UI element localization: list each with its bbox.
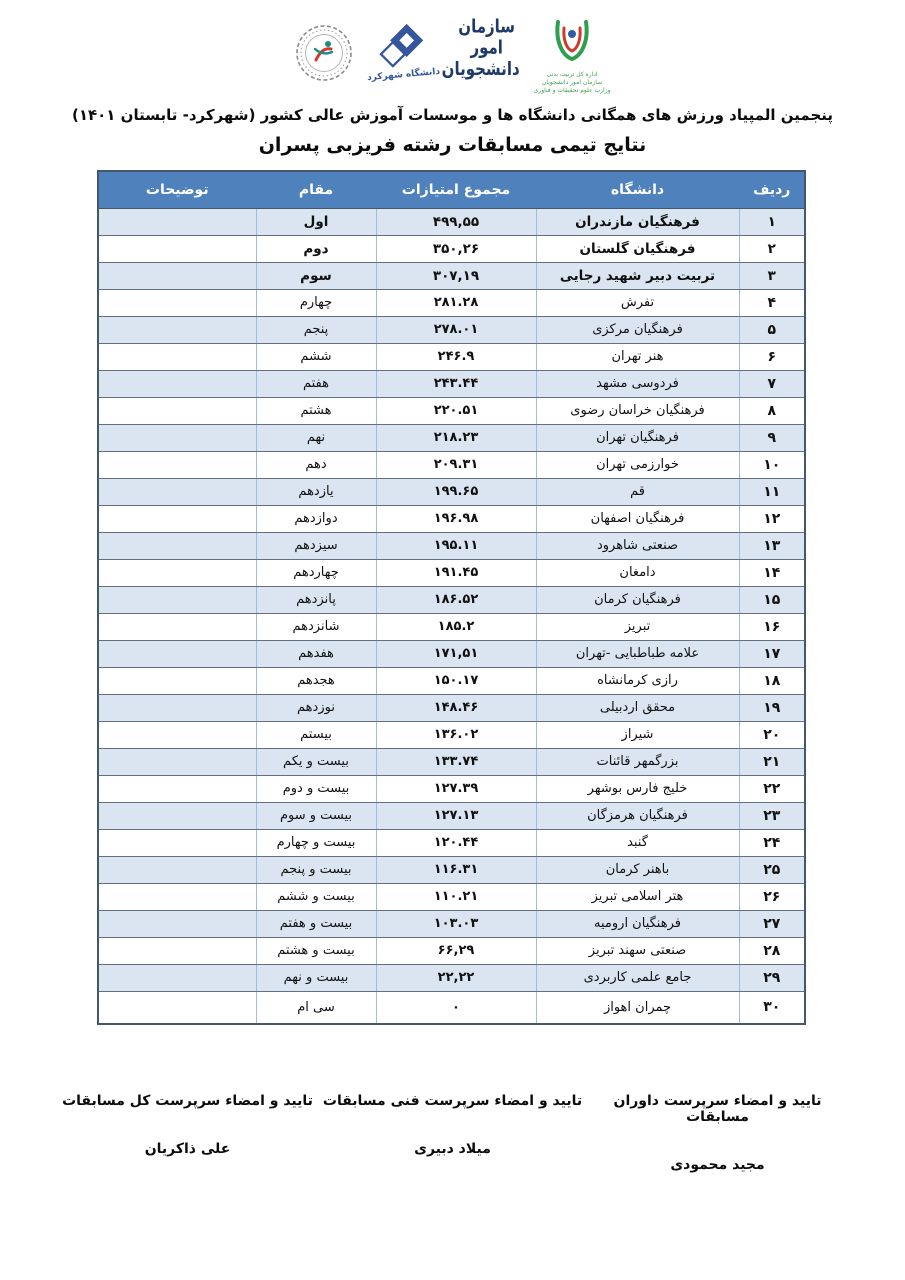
- position-cell: بیست و یکم: [256, 748, 376, 775]
- table-row: ۲۳فرهنگیان هرمزگان۱۲۷.۱۳بیست و سوم: [98, 802, 805, 829]
- row-number-cell: ۵: [739, 316, 805, 343]
- col-header-notes: توضیحات: [98, 171, 256, 208]
- position-cell: بیست و هفتم: [256, 910, 376, 937]
- notes-cell: [98, 505, 256, 532]
- table-row: ۱۳صنعتی شاهرود۱۹۵.۱۱سیزدهم: [98, 532, 805, 559]
- table-row: ۱۷علامه طباطبایی -تهران۱۷۱,۵۱هفدهم: [98, 640, 805, 667]
- notes-cell: [98, 991, 256, 1024]
- notes-cell: [98, 640, 256, 667]
- table-row: ۶هنر تهران۲۴۶.۹ششم: [98, 343, 805, 370]
- notes-cell: [98, 208, 256, 235]
- diamond-logo-icon: [375, 22, 431, 68]
- notes-cell: [98, 694, 256, 721]
- results-table-wrap: ردیف دانشگاه مجموع امتیازات مقام توضیحات…: [97, 170, 806, 1025]
- notes-cell: [98, 532, 256, 559]
- position-cell: بیست و هشتم: [256, 937, 376, 964]
- notes-cell: [98, 586, 256, 613]
- ministry-logo-caption: اداره کل تربیت بدنی سازمان امور دانشجویا…: [534, 71, 611, 95]
- ministry-logo-caption-line: اداره کل تربیت بدنی: [534, 71, 611, 79]
- col-header-university: دانشگاه: [536, 171, 739, 208]
- results-table: ردیف دانشگاه مجموع امتیازات مقام توضیحات…: [97, 170, 806, 1025]
- university-cell: فرهنگیان گلستان: [536, 235, 739, 262]
- score-cell: ۲۰۹.۳۱: [376, 451, 536, 478]
- table-row: ۲۷فرهنگیان ارومیه۱۰۳.۰۳بیست و هفتم: [98, 910, 805, 937]
- row-number-cell: ۲۸: [739, 937, 805, 964]
- row-number-cell: ۱۷: [739, 640, 805, 667]
- signature-block-technical-supervisor: تایید و امضاء سرپرست فنی مسابقات میلاد د…: [320, 1093, 585, 1173]
- score-cell: ۲۲۰.۵۱: [376, 397, 536, 424]
- table-header-row: ردیف دانشگاه مجموع امتیازات مقام توضیحات: [98, 171, 805, 208]
- score-cell: ۲۷۸.۰۱: [376, 316, 536, 343]
- row-number-cell: ۱۹: [739, 694, 805, 721]
- position-cell: سوم: [256, 262, 376, 289]
- ministry-logo-caption-line: وزارت علوم تحقیقات و فناوری: [534, 87, 611, 95]
- notes-cell: [98, 937, 256, 964]
- table-row: ۲فرهنگیان گلستان۳۵۰,۲۶دوم: [98, 235, 805, 262]
- col-header-position: مقام: [256, 171, 376, 208]
- university-cell: بزرگمهر قائنات: [536, 748, 739, 775]
- university-cell: هتر اسلامی تبریز: [536, 883, 739, 910]
- notes-cell: [98, 235, 256, 262]
- notes-cell: [98, 910, 256, 937]
- score-cell: ۱۱۶.۳۱: [376, 856, 536, 883]
- table-row: ۱۸رازی کرمانشاه۱۵۰.۱۷هجدهم: [98, 667, 805, 694]
- table-row: ۲۰شیراز۱۳۶.۰۲بیستم: [98, 721, 805, 748]
- university-cell: تبریز: [536, 613, 739, 640]
- university-cell: رازی کرمانشاه: [536, 667, 739, 694]
- notes-cell: [98, 424, 256, 451]
- score-cell: ۱۲۰.۴۴: [376, 829, 536, 856]
- table-row: ۱۶تبریز۱۸۵.۲شانزدهم: [98, 613, 805, 640]
- signature-name: علی ذاکریان: [55, 1141, 320, 1157]
- notes-cell: [98, 613, 256, 640]
- score-cell: ۱۸۶.۵۲: [376, 586, 536, 613]
- row-number-cell: ۱۴: [739, 559, 805, 586]
- university-cell: هنر تهران: [536, 343, 739, 370]
- position-cell: چهارم: [256, 289, 376, 316]
- position-cell: هفتم: [256, 370, 376, 397]
- score-cell: ۱۲۷.۳۹: [376, 775, 536, 802]
- row-number-cell: ۱۵: [739, 586, 805, 613]
- university-cell: تربیت دبیر شهید رجایی: [536, 262, 739, 289]
- score-cell: ۱۹۵.۱۱: [376, 532, 536, 559]
- score-cell: ۱۳۶.۰۲: [376, 721, 536, 748]
- position-cell: ششم: [256, 343, 376, 370]
- signature-title: تایید و امضاء سرپرست فنی مسابقات: [320, 1093, 585, 1109]
- position-cell: نهم: [256, 424, 376, 451]
- row-number-cell: ۸: [739, 397, 805, 424]
- row-number-cell: ۱۱: [739, 478, 805, 505]
- signature-block-overall-supervisor: تایید و امضاء سرپرست کل مسابقات علی ذاکر…: [55, 1093, 320, 1173]
- position-cell: یازدهم: [256, 478, 376, 505]
- position-cell: شانزدهم: [256, 613, 376, 640]
- row-number-cell: ۲۶: [739, 883, 805, 910]
- row-number-cell: ۱۶: [739, 613, 805, 640]
- table-row: ۳۰چمران اهواز۰سی ام: [98, 991, 805, 1024]
- table-row: ۱۹محقق اردبیلی۱۴۸.۴۶نوزدهم: [98, 694, 805, 721]
- olympiad-seal-logo: [295, 24, 353, 82]
- notes-cell: [98, 856, 256, 883]
- row-number-cell: ۱۸: [739, 667, 805, 694]
- position-cell: بیست و پنجم: [256, 856, 376, 883]
- table-row: ۲۴گنبد۱۲۰.۴۴بیست و چهارم: [98, 829, 805, 856]
- score-cell: ۱۲۷.۱۳: [376, 802, 536, 829]
- position-cell: اول: [256, 208, 376, 235]
- shahrekord-logo-label: دانشگاه شهرکرد: [366, 67, 440, 83]
- row-number-cell: ۶: [739, 343, 805, 370]
- row-number-cell: ۷: [739, 370, 805, 397]
- notes-cell: [98, 748, 256, 775]
- score-cell: ۲۴۳.۴۴: [376, 370, 536, 397]
- row-number-cell: ۲۰: [739, 721, 805, 748]
- score-cell: ۰: [376, 991, 536, 1024]
- document-title-line1: پنجمین المپیاد ورزش های همگانی دانشگاه ه…: [0, 106, 905, 124]
- table-row: ۲۹جامع علمی کاربردی۲۲,۲۲بیست و نهم: [98, 964, 805, 991]
- university-cell: شیراز: [536, 721, 739, 748]
- notes-cell: [98, 829, 256, 856]
- table-row: ۲۶هتر اسلامی تبریز۱۱۰.۲۱بیست و ششم: [98, 883, 805, 910]
- university-cell: علامه طباطبایی -تهران: [536, 640, 739, 667]
- table-row: ۱۲فرهنگیان اصفهان۱۹۶.۹۸دوازدهم: [98, 505, 805, 532]
- row-number-cell: ۳۰: [739, 991, 805, 1024]
- score-cell: ۱۳۳.۷۴: [376, 748, 536, 775]
- table-row: ۲۸صنعتی سهند تبریز۶۶,۲۹بیست و هشتم: [98, 937, 805, 964]
- table-row: ۱فرهنگیان مازندران۴۹۹,۵۵اول: [98, 208, 805, 235]
- university-cell: باهنر کرمان: [536, 856, 739, 883]
- score-cell: ۱۹۹.۶۵: [376, 478, 536, 505]
- notes-cell: [98, 883, 256, 910]
- results-document-page: اداره کل تربیت بدنی سازمان امور دانشجویا…: [0, 0, 905, 1280]
- university-cell: فرهنگیان اصفهان: [536, 505, 739, 532]
- notes-cell: [98, 316, 256, 343]
- score-cell: ۱۵۰.۱۷: [376, 667, 536, 694]
- row-number-cell: ۲۷: [739, 910, 805, 937]
- seal-logo-icon: [295, 24, 353, 82]
- score-cell: ۱۸۵.۲: [376, 613, 536, 640]
- table-row: ۱۴دامغان۱۹۱.۴۵چهاردهم: [98, 559, 805, 586]
- table-row: ۱۰خوارزمی تهران۲۰۹.۳۱دهم: [98, 451, 805, 478]
- score-cell: ۴۹۹,۵۵: [376, 208, 536, 235]
- ministry-logo-caption-line: سازمان امور دانشجویان: [534, 79, 611, 87]
- score-cell: ۲۸۱.۲۸: [376, 289, 536, 316]
- row-number-cell: ۱۰: [739, 451, 805, 478]
- score-cell: ۶۶,۲۹: [376, 937, 536, 964]
- row-number-cell: ۲۹: [739, 964, 805, 991]
- results-table-body: ۱فرهنگیان مازندران۴۹۹,۵۵اول۲فرهنگیان گلس…: [98, 208, 805, 1024]
- table-row: ۴تفرش۲۸۱.۲۸چهارم: [98, 289, 805, 316]
- notes-cell: [98, 451, 256, 478]
- university-cell: جامع علمی کاربردی: [536, 964, 739, 991]
- position-cell: دوازدهم: [256, 505, 376, 532]
- notes-cell: [98, 802, 256, 829]
- ministry-student-affairs-logo: اداره کل تربیت بدنی سازمان امور دانشجویا…: [534, 20, 611, 95]
- position-cell: بیست و دوم: [256, 775, 376, 802]
- notes-cell: [98, 964, 256, 991]
- row-number-cell: ۲۱: [739, 748, 805, 775]
- signature-name: مجید محمودی: [585, 1157, 850, 1173]
- university-cell: خلیج فارس بوشهر: [536, 775, 739, 802]
- university-cell: فردوسی مشهد: [536, 370, 739, 397]
- signature-title: تایید و امضاء سرپرست کل مسابقات: [55, 1093, 320, 1109]
- university-cell: صنعتی سهند تبریز: [536, 937, 739, 964]
- score-cell: ۳۰۷,۱۹: [376, 262, 536, 289]
- row-number-cell: ۲۲: [739, 775, 805, 802]
- university-cell: دامغان: [536, 559, 739, 586]
- signature-name: میلاد دبیری: [320, 1141, 585, 1157]
- table-row: ۲۲خلیج فارس بوشهر۱۲۷.۳۹بیست و دوم: [98, 775, 805, 802]
- university-cell: فرهنگیان هرمزگان: [536, 802, 739, 829]
- university-cell: فرهنگیان تهران: [536, 424, 739, 451]
- signature-block-judges-supervisor: تایید و امضاء سرپرست داوران مسابقات مجید…: [585, 1093, 850, 1173]
- row-number-cell: ۲: [739, 235, 805, 262]
- table-row: ۸فرهنگیان خراسان رضوی۲۲۰.۵۱هشتم: [98, 397, 805, 424]
- row-number-cell: ۴: [739, 289, 805, 316]
- notes-cell: [98, 559, 256, 586]
- signatures-footer: تایید و امضاء سرپرست داوران مسابقات مجید…: [0, 1093, 905, 1173]
- notes-cell: [98, 478, 256, 505]
- score-cell: ۱۷۱,۵۱: [376, 640, 536, 667]
- position-cell: بیست و نهم: [256, 964, 376, 991]
- student-affairs-calligraphy-logo: سازمان امور دانشجویان: [454, 12, 520, 66]
- position-cell: هفدهم: [256, 640, 376, 667]
- position-cell: پنجم: [256, 316, 376, 343]
- table-row: ۹فرهنگیان تهران۲۱۸.۲۳نهم: [98, 424, 805, 451]
- university-cell: فرهنگیان مازندران: [536, 208, 739, 235]
- row-number-cell: ۲۴: [739, 829, 805, 856]
- row-number-cell: ۹: [739, 424, 805, 451]
- logos-row: اداره کل تربیت بدنی سازمان امور دانشجویا…: [0, 12, 905, 95]
- notes-cell: [98, 370, 256, 397]
- score-cell: ۱۹۱.۴۵: [376, 559, 536, 586]
- table-row: ۵فرهنگیان مرکزی۲۷۸.۰۱پنجم: [98, 316, 805, 343]
- notes-cell: [98, 397, 256, 424]
- row-number-cell: ۲۵: [739, 856, 805, 883]
- score-cell: ۱۱۰.۲۱: [376, 883, 536, 910]
- university-cell: تفرش: [536, 289, 739, 316]
- position-cell: دهم: [256, 451, 376, 478]
- university-cell: قم: [536, 478, 739, 505]
- position-cell: بیستم: [256, 721, 376, 748]
- university-cell: خوارزمی تهران: [536, 451, 739, 478]
- score-cell: ۲۱۸.۲۳: [376, 424, 536, 451]
- table-row: ۱۱قم۱۹۹.۶۵یازدهم: [98, 478, 805, 505]
- tulip-logo-icon: [551, 20, 593, 68]
- position-cell: بیست و سوم: [256, 802, 376, 829]
- row-number-cell: ۱۳: [739, 532, 805, 559]
- document-title-line2: نتایج تیمی مسابقات رشته فریزبی پسران: [0, 134, 905, 156]
- row-number-cell: ۳: [739, 262, 805, 289]
- university-cell: فرهنگیان خراسان رضوی: [536, 397, 739, 424]
- position-cell: پانزدهم: [256, 586, 376, 613]
- position-cell: نوزدهم: [256, 694, 376, 721]
- score-cell: ۲۲,۲۲: [376, 964, 536, 991]
- score-cell: ۲۴۶.۹: [376, 343, 536, 370]
- score-cell: ۱۹۶.۹۸: [376, 505, 536, 532]
- position-cell: هشتم: [256, 397, 376, 424]
- notes-cell: [98, 775, 256, 802]
- table-row: ۷فردوسی مشهد۲۴۳.۴۴هفتم: [98, 370, 805, 397]
- row-number-cell: ۱: [739, 208, 805, 235]
- university-cell: فرهنگیان ارومیه: [536, 910, 739, 937]
- university-cell: صنعتی شاهرود: [536, 532, 739, 559]
- shahrekord-university-logo: دانشگاه شهرکرد: [367, 22, 440, 80]
- score-cell: ۱۴۸.۴۶: [376, 694, 536, 721]
- score-cell: ۱۰۳.۰۳: [376, 910, 536, 937]
- row-number-cell: ۲۳: [739, 802, 805, 829]
- university-cell: محقق اردبیلی: [536, 694, 739, 721]
- position-cell: هجدهم: [256, 667, 376, 694]
- notes-cell: [98, 721, 256, 748]
- position-cell: دوم: [256, 235, 376, 262]
- col-header-total-points: مجموع امتیازات: [376, 171, 536, 208]
- university-cell: چمران اهواز: [536, 991, 739, 1024]
- table-row: ۲۵باهنر کرمان۱۱۶.۳۱بیست و پنجم: [98, 856, 805, 883]
- position-cell: بیست و ششم: [256, 883, 376, 910]
- university-cell: فرهنگیان مرکزی: [536, 316, 739, 343]
- notes-cell: [98, 343, 256, 370]
- col-header-row-number: ردیف: [739, 171, 805, 208]
- student-affairs-wordmark: سازمان امور دانشجویان: [454, 16, 520, 79]
- position-cell: بیست و چهارم: [256, 829, 376, 856]
- position-cell: سیزدهم: [256, 532, 376, 559]
- position-cell: چهاردهم: [256, 559, 376, 586]
- score-cell: ۳۵۰,۲۶: [376, 235, 536, 262]
- table-row: ۲۱بزرگمهر قائنات۱۳۳.۷۴بیست و یکم: [98, 748, 805, 775]
- position-cell: سی ام: [256, 991, 376, 1024]
- row-number-cell: ۱۲: [739, 505, 805, 532]
- signature-title: تایید و امضاء سرپرست داوران مسابقات: [585, 1093, 850, 1125]
- notes-cell: [98, 262, 256, 289]
- table-row: ۳تربیت دبیر شهید رجایی۳۰۷,۱۹سوم: [98, 262, 805, 289]
- university-cell: گنبد: [536, 829, 739, 856]
- notes-cell: [98, 289, 256, 316]
- university-cell: فرهنگیان کرمان: [536, 586, 739, 613]
- table-row: ۱۵فرهنگیان کرمان۱۸۶.۵۲پانزدهم: [98, 586, 805, 613]
- notes-cell: [98, 667, 256, 694]
